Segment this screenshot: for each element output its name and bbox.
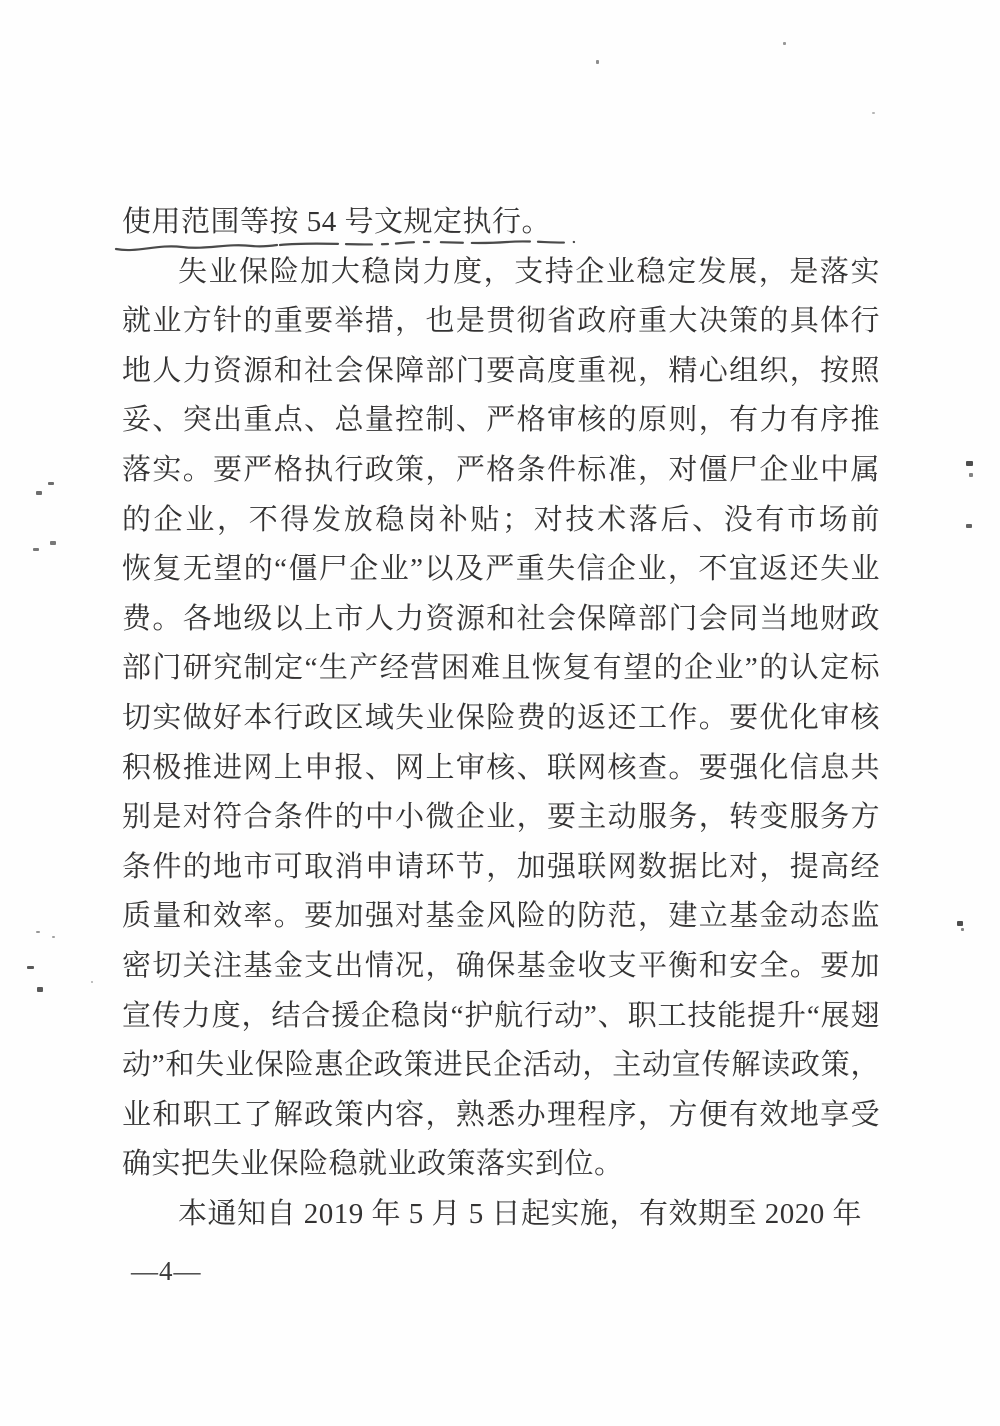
scan-speck xyxy=(27,966,34,969)
scan-speck xyxy=(48,482,54,485)
scan-speck xyxy=(966,461,973,466)
scan-speck xyxy=(957,921,963,926)
scan-speck xyxy=(966,524,972,528)
scan-speck xyxy=(961,928,964,931)
text-line: 别是对符合条件的中小微企业，要主动服务，转变服务方式，有 xyxy=(122,793,880,843)
page-number: —4— xyxy=(131,1253,202,1289)
scan-speck xyxy=(36,931,40,933)
scan-speck xyxy=(969,473,973,477)
scan-speck xyxy=(33,548,39,551)
text-line: 宣传力度，结合援企稳岗“护航行动”、职工技能提升“展翅行 xyxy=(122,992,880,1042)
text-line: 确实把失业保险稳就业政策落实到位。 xyxy=(122,1140,880,1190)
scanned-document-page: 使用范围等按 54 号文规定执行。失业保险加大稳岗力度，支持企业稳定发展，是落实… xyxy=(0,0,1000,1426)
text-line: 积极推进网上申报、网上审核、联网核查。要强化信息共享，特 xyxy=(122,744,880,794)
text-line: 妥、突出重点、总量控制、严格审核的原则，有力有序推动政策 xyxy=(122,396,880,446)
text-line: 条件的地市可取消申请环节，加强联网数据比对，提高经办服务 xyxy=(122,843,880,893)
text-line: 的企业，不得发放稳岗补贴；对技术落后、没有市场前景、生产 xyxy=(122,496,880,546)
scan-speck xyxy=(91,981,93,983)
text-line: 切实做好本行政区域失业保险费的返还工作。要优化审核流程， xyxy=(122,694,880,744)
text-line: 质量和效率。要加强对基金风险的防范，建立基金动态监测机制， xyxy=(122,892,880,942)
scan-speck xyxy=(50,541,56,545)
text-line: 失业保险加大稳岗力度，支持企业稳定发展，是落实中央稳 xyxy=(122,248,880,298)
text-line: 密切关注基金支出情况，确保基金收支平衡和安全。要加大政策 xyxy=(122,942,880,992)
scan-speck xyxy=(596,60,599,64)
document-lines: 使用范围等按 54 号文规定执行。失业保险加大稳岗力度，支持企业稳定发展，是落实… xyxy=(122,198,880,1239)
text-line: 就业方针的重要举措，也是贯彻省政府重大决策的具体行动，各 xyxy=(122,297,880,347)
scan-speck xyxy=(783,42,786,45)
document-body: 使用范围等按 54 号文规定执行。失业保险加大稳岗力度，支持企业稳定发展，是落实… xyxy=(122,198,880,1239)
text-line: 使用范围等按 54 号文规定执行。 xyxy=(122,198,880,248)
text-line: 落实。要严格执行政策，严格条件标准，对僵尸企业中属要关停 xyxy=(122,446,880,496)
text-line: 费。各地级以上市人力资源和社会保障部门会同当地财政等相关 xyxy=(122,595,880,645)
text-line: 本通知自 2019 年 5 月 5 日起实施，有效期至 2020 年底。 xyxy=(122,1190,880,1240)
text-line: 部门研究制定“生产经营困难且恢复有望的企业”的认定标准， xyxy=(122,644,880,694)
text-line: 业和职工了解政策内容，熟悉办理程序，方便有效地享受政策， xyxy=(122,1091,880,1141)
text-line: 恢复无望的“僵尸企业”以及严重失信企业，不宜返还失业保险 xyxy=(122,545,880,595)
text-line: 地人力资源和社会保障部门要高度重视，精心组织，按照积极稳 xyxy=(122,347,880,397)
text-line: 动”和失业保险惠企政策进民企活动，主动宣传解读政策，使企 xyxy=(122,1041,880,1091)
scan-speck xyxy=(872,112,875,114)
scan-speck xyxy=(37,987,43,992)
scan-speck xyxy=(52,936,55,938)
scan-speck xyxy=(36,491,42,495)
